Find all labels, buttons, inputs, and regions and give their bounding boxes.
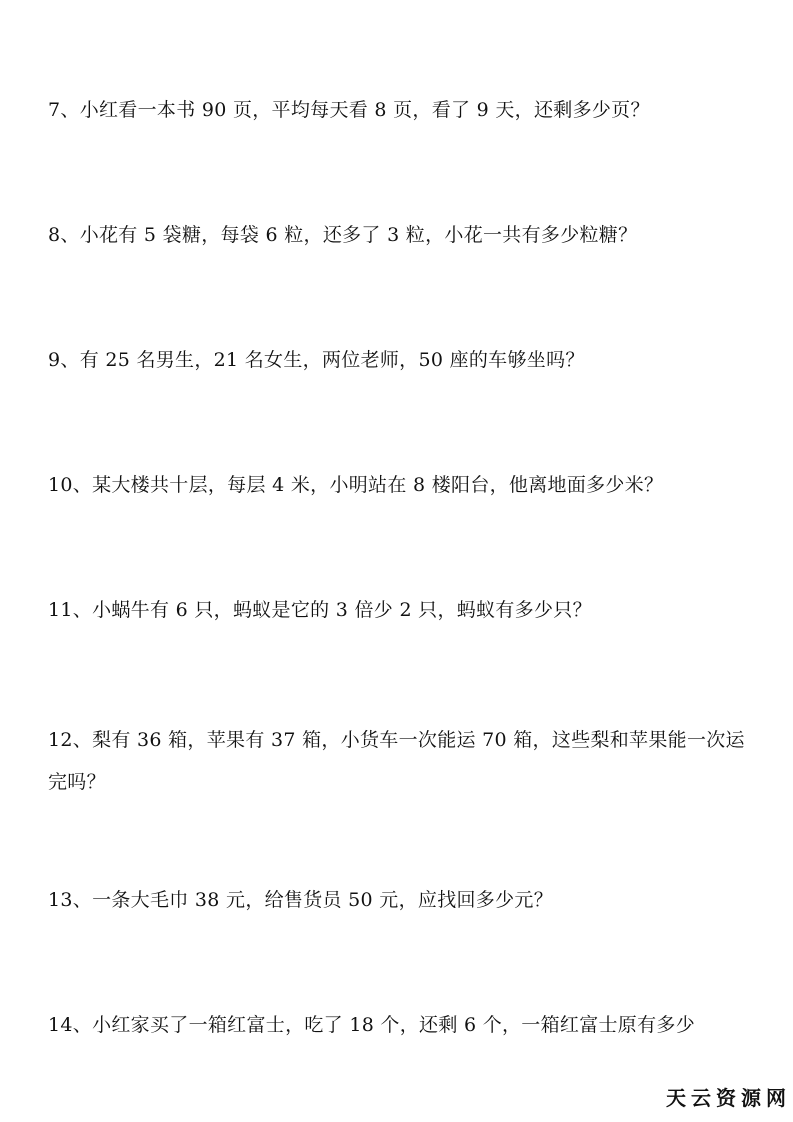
question-7: 7、小红看一本书 90 页，平均每天看 8 页，看了 9 天，还剩多少页？ xyxy=(48,94,758,126)
question-11: 11、小蜗牛有 6 只，蚂蚁是它的 3 倍少 2 只，蚂蚁有多少只？ xyxy=(48,594,758,626)
question-14: 14、小红家买了一箱红富士，吃了 18 个，还剩 6 个，一箱红富士原有多少 xyxy=(48,1009,758,1041)
question-8: 8、小花有 5 袋糖，每袋 6 粒，还多了 3 粒，小花一共有多少粒糖？ xyxy=(48,219,758,251)
question-13: 13、一条大毛巾 38 元，给售货员 50 元，应找回多少元？ xyxy=(48,884,758,916)
worksheet-page: 7、小红看一本书 90 页，平均每天看 8 页，看了 9 天，还剩多少页？ 8、… xyxy=(0,0,793,1122)
question-9: 9、有 25 名男生，21 名女生，两位老师，50 座的车够坐吗？ xyxy=(48,344,758,376)
watermark-logo: 天云资源网 xyxy=(666,1082,791,1111)
question-12: 12、梨有 36 箱，苹果有 37 箱，小货车一次能运 70 箱，这些梨和苹果能… xyxy=(48,719,758,803)
question-10: 10、某大楼共十层，每层 4 米，小明站在 8 楼阳台，他离地面多少米？ xyxy=(48,469,758,501)
